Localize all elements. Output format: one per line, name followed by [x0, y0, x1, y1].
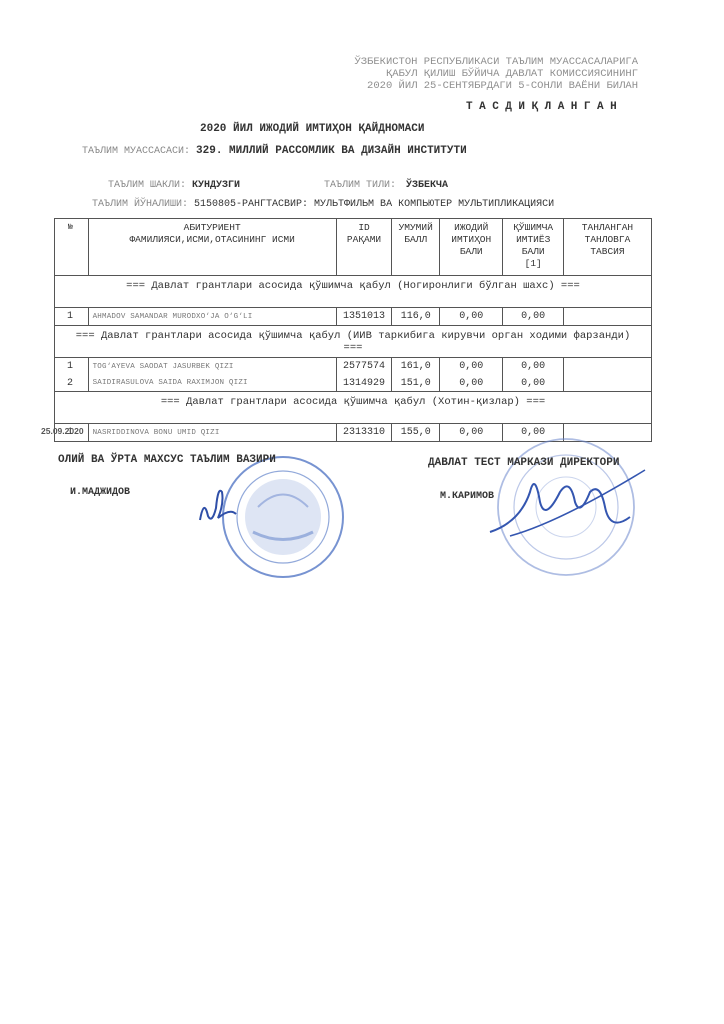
table-row: 2 SAIDIRASULOVA SAIDA RAXIMJON QIZI 1314…: [55, 375, 652, 392]
recommendation: [563, 308, 651, 326]
header-no: №: [55, 219, 89, 276]
exam-score: 0,00: [440, 358, 503, 376]
direction-line: ТАЪЛИМ ЙЎНАЛИШИ: 5150805-РАНГТАСВИР: МУЛ…: [92, 199, 554, 210]
applicant-name: AHMADOV SAMANDAR MURODXO‘JA O‘G‘LI: [88, 308, 336, 326]
table-header-row: № АБИТУРИЕНТ ФАМИЛИЯСИ,ИСМИ,ОТАСИНИНГ ИС…: [55, 219, 652, 276]
total-score: 161,0: [392, 358, 440, 376]
table-row: 1 TOG‘AYEVA SAODAT JASURBEK QIZI 2577574…: [55, 358, 652, 376]
document-title: 2020 ЙИЛ ИЖОДИЙ ИМТИҲОН ҚАЙДНОМАСИ: [200, 123, 424, 135]
section-title: === Давлат грантлари асосида қўшимча қаб…: [55, 392, 652, 424]
institution-value: 329. МИЛЛИЙ РАССОМЛИК ВА ДИЗАЙН ИНСТИТУТ…: [196, 145, 467, 157]
document-date: 25.09.2020: [41, 426, 84, 436]
results-table: № АБИТУРИЕНТ ФАМИЛИЯСИ,ИСМИ,ОТАСИНИНГ ИС…: [54, 218, 652, 442]
study-language-label: ТАЪЛИМ ТИЛИ:: [324, 180, 396, 191]
extra-score: 0,00: [503, 358, 563, 376]
exam-score: 0,00: [440, 308, 503, 326]
applicant-id: 1314929: [336, 375, 392, 392]
row-number: 2: [55, 375, 89, 392]
recommendation: [563, 375, 651, 392]
header-recommendation: ТАНЛАНГАН ТАНЛОВГА ТАВСИЯ: [563, 219, 651, 276]
applicant-id: 1351013: [336, 308, 392, 326]
direction-value: 5150805-РАНГТАСВИР: МУЛЬТФИЛЬМ ВА КОМПЬЮ…: [194, 199, 554, 210]
total-score: 155,0: [392, 424, 440, 442]
section-row: === Давлат грантлари асосида қўшимча қаб…: [55, 326, 652, 358]
applicant-id: 2577574: [336, 358, 392, 376]
applicant-name: NASRIDDINOVA BONU UMID QIZI: [88, 424, 336, 442]
applicant-name: SAIDIRASULOVA SAIDA RAXIMJON QIZI: [88, 375, 336, 392]
approval-line-1: ЎЗБЕКИСТОН РЕСПУБЛИКАСИ ТАЪЛИМ МУАССАСАЛ…: [354, 56, 638, 68]
study-language-line: ТАЪЛИМ ТИЛИ: ЎЗБЕКЧА: [324, 180, 448, 191]
institution-line: ТАЪЛИМ МУАССАСАСИ: 329. МИЛЛИЙ РАССОМЛИК…: [82, 145, 467, 157]
row-number: 1: [55, 358, 89, 376]
extra-score: 0,00: [503, 308, 563, 326]
section-title: === Давлат грантлари асосида қўшимча қаб…: [55, 276, 652, 308]
total-score: 116,0: [392, 308, 440, 326]
study-form-value: КУНДУЗГИ: [192, 180, 240, 191]
signature-left-icon: [196, 478, 246, 528]
right-signatory-name: М.КАРИМОВ: [440, 491, 494, 502]
right-signatory-position: ДАВЛАТ ТЕСТ МАРКАЗИ ДИРЕКТОРИ: [428, 457, 619, 469]
study-form-line: ТАЪЛИМ ШАКЛИ: КУНДУЗГИ: [108, 180, 240, 191]
approval-line-3: 2020 ЙИЛ 25-СЕНТЯБРДАГИ 5-СОНЛИ ВАЁНИ БИ…: [367, 80, 638, 92]
study-language-value: ЎЗБЕКЧА: [406, 180, 448, 191]
signature-right-icon: [480, 462, 650, 542]
section-row: === Давлат грантлари асосида қўшимча қаб…: [55, 276, 652, 308]
applicant-name: TOG‘AYEVA SAODAT JASURBEK QIZI: [88, 358, 336, 376]
total-score: 151,0: [392, 375, 440, 392]
approved-label: ТАСДИҚЛАНГАН: [466, 101, 623, 113]
table-row: 1 AHMADOV SAMANDAR MURODXO‘JA O‘G‘LI 135…: [55, 308, 652, 326]
direction-label: ТАЪЛИМ ЙЎНАЛИШИ:: [92, 199, 188, 210]
header-id: ID РАҚАМИ: [336, 219, 392, 276]
section-row: === Давлат грантлари асосида қўшимча қаб…: [55, 392, 652, 424]
header-exam-score: ИЖОДИЙ ИМТИҲОН БАЛИ: [440, 219, 503, 276]
exam-score: 0,00: [440, 375, 503, 392]
recommendation: [563, 358, 651, 376]
row-number: 1: [55, 308, 89, 326]
left-signatory-position: ОЛИЙ ВА ЎРТА МАХСУС ТАЪЛИМ ВАЗИРИ: [58, 454, 276, 466]
extra-score: 0,00: [503, 375, 563, 392]
applicant-id: 2313310: [336, 424, 392, 442]
institution-label: ТАЪЛИМ МУАССАСАСИ:: [82, 146, 190, 157]
header-extra-score: ҚЎШИМЧА ИМТИЁЗ БАЛИ [1]: [503, 219, 563, 276]
header-applicant: АБИТУРИЕНТ ФАМИЛИЯСИ,ИСМИ,ОТАСИНИНГ ИСМИ: [88, 219, 336, 276]
study-form-label: ТАЪЛИМ ШАКЛИ:: [108, 180, 186, 191]
left-signatory-name: И.МАДЖИДОВ: [70, 487, 130, 498]
approval-line-2: ҚАБУЛ ҚИЛИШ БЎЙИЧА ДАВЛАТ КОМИССИЯСИНИНГ: [386, 68, 638, 80]
section-title: === Давлат грантлари асосида қўшимча қаб…: [55, 326, 652, 358]
header-total-score: УМУМИЙ БАЛЛ: [392, 219, 440, 276]
